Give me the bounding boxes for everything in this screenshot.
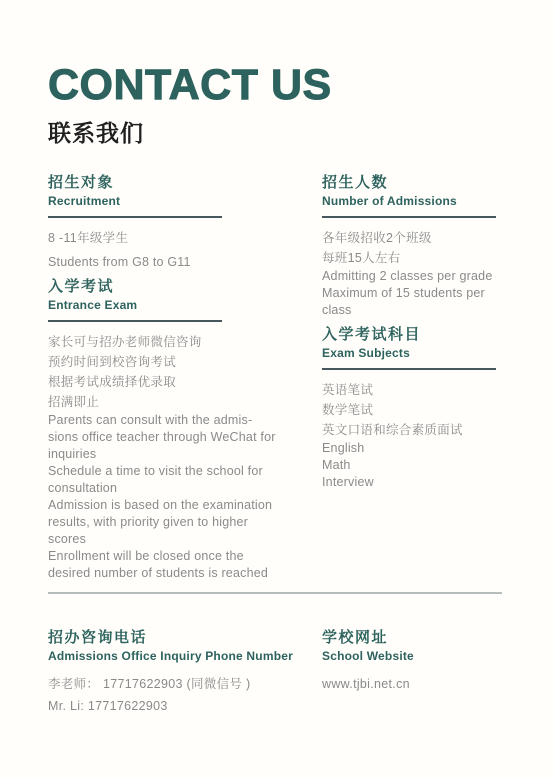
- section-recruitment: 招生对象 Recruitment 8 -11年级学生 Students from…: [48, 175, 322, 271]
- body-line: sions office teacher through WeChat for: [48, 429, 322, 446]
- section-body: 8 -11年级学生 Students from G8 to G11: [48, 228, 322, 271]
- body-line: 英文口语和综合素质面试: [322, 420, 502, 440]
- body-line: 每班15人左右: [322, 248, 502, 268]
- body-line: Enrollment will be closed once the: [48, 548, 322, 565]
- section-title-zh: 招生对象: [48, 175, 322, 191]
- website-url: www.tjbi.net.cn: [322, 673, 502, 695]
- footer-phone-block: 招办咨询电话 Admissions Office Inquiry Phone N…: [48, 630, 322, 717]
- body-line: consultation: [48, 480, 322, 497]
- body-line: 招满即止: [48, 392, 322, 412]
- phone-line-mr-li: Mr. Li: 17717622903: [48, 695, 322, 717]
- body-line: Maximum of 15 students per class: [322, 285, 502, 319]
- section-underline: [48, 320, 222, 322]
- body-line: Admission is based on the examination: [48, 497, 322, 514]
- section-underline: [48, 216, 222, 218]
- body-line: desired number of students is reached: [48, 565, 322, 582]
- content-columns: 招生对象 Recruitment 8 -11年级学生 Students from…: [48, 175, 502, 582]
- body-line: Admitting 2 classes per grade: [322, 268, 502, 285]
- footer-phone-title-zh: 招办咨询电话: [48, 630, 322, 646]
- body-line: 数学笔试: [322, 400, 502, 420]
- body-line: 预约时间到校咨询考试: [48, 352, 322, 372]
- footer-website-lines: www.tjbi.net.cn: [322, 673, 502, 695]
- section-title-zh: 入学考试: [48, 279, 322, 295]
- body-line: 根据考试成绩择优录取: [48, 372, 322, 392]
- body-line: Interview: [322, 474, 502, 491]
- body-line: 英语笔试: [322, 380, 502, 400]
- body-line: 8 -11年级学生: [48, 228, 322, 248]
- footer-website-block: 学校网址 School Website www.tjbi.net.cn: [322, 630, 502, 717]
- section-title-zh: 招生人数: [322, 175, 502, 191]
- section-body: 家长可与招办老师微信咨询 预约时间到校咨询考试 根据考试成绩择优录取 招满即止 …: [48, 332, 322, 582]
- body-line: 家长可与招办老师微信咨询: [48, 332, 322, 352]
- body-line: Students from G8 to G11: [48, 254, 322, 271]
- body-line: inquiries: [48, 446, 322, 463]
- body-line: Parents can consult with the admis-: [48, 412, 322, 429]
- section-admissions-number: 招生人数 Number of Admissions 各年级招收2个班级 每班15…: [322, 175, 502, 319]
- footer-website-title-en: School Website: [322, 650, 502, 663]
- body-line: Schedule a time to visit the school for: [48, 463, 322, 480]
- body-line: English: [322, 440, 502, 457]
- section-title-zh: 入学考试科目: [322, 327, 502, 343]
- page-title: CONTACT US: [48, 62, 502, 108]
- section-title-en: Exam Subjects: [322, 347, 502, 360]
- phone-line-teacher: 李老师： 17717622903 (同微信号 ): [48, 673, 322, 695]
- body-line: Math: [322, 457, 502, 474]
- body-line: scores: [48, 531, 322, 548]
- section-body: 各年级招收2个班级 每班15人左右 Admitting 2 classes pe…: [322, 228, 502, 319]
- body-line: results, with priority given to higher: [48, 514, 322, 531]
- section-title-en: Number of Admissions: [322, 195, 502, 208]
- section-title-en: Recruitment: [48, 195, 322, 208]
- footer-phone-lines: 李老师： 17717622903 (同微信号 ) Mr. Li: 1771762…: [48, 673, 322, 717]
- footer-divider: [48, 592, 502, 594]
- footer-website-title-zh: 学校网址: [322, 630, 502, 646]
- section-entrance-exam: 入学考试 Entrance Exam 家长可与招办老师微信咨询 预约时间到校咨询…: [48, 279, 322, 582]
- section-underline: [322, 216, 496, 218]
- footer: 招办咨询电话 Admissions Office Inquiry Phone N…: [48, 630, 502, 717]
- section-underline: [322, 368, 496, 370]
- section-exam-subjects: 入学考试科目 Exam Subjects 英语笔试 数学笔试 英文口语和综合素质…: [322, 327, 502, 491]
- footer-phone-title-en: Admissions Office Inquiry Phone Number: [48, 650, 322, 663]
- contact-us-page: CONTACT US 联系我们 招生对象 Recruitment 8 -11年级…: [0, 0, 554, 778]
- section-title-en: Entrance Exam: [48, 299, 322, 312]
- page-subtitle-zh: 联系我们: [48, 121, 502, 145]
- body-line: 各年级招收2个班级: [322, 228, 502, 248]
- right-column: 招生人数 Number of Admissions 各年级招收2个班级 每班15…: [322, 175, 502, 582]
- section-body: 英语笔试 数学笔试 英文口语和综合素质面试 English Math Inter…: [322, 380, 502, 491]
- left-column: 招生对象 Recruitment 8 -11年级学生 Students from…: [48, 175, 322, 582]
